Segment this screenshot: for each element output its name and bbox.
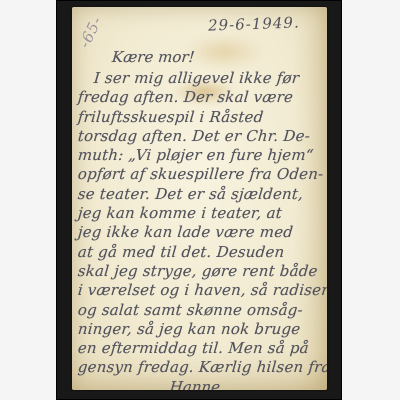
letter-body: Kære mor! I ser mig alligevel ikke førfr… (77, 48, 325, 390)
letter-line: fredag aften. Der skal være (77, 88, 327, 107)
letter-line: at gå med til det. Desuden (77, 243, 327, 262)
pencil-number: -65- (75, 13, 106, 51)
page-background: -65- 29-6-1949. Kære mor! I ser mig alli… (0, 0, 400, 400)
letter-line: jeg kan komme i teater, at (77, 204, 327, 223)
letter-line: gensyn fredag. Kærlig hilsen fra (77, 358, 327, 377)
letter-line: i værelset og i haven, så radiser (77, 281, 327, 300)
letter-line: ninger, så jeg kan nok bruge (77, 320, 327, 339)
letter-line: og salat samt skønne omsåg- (77, 301, 327, 320)
letter-lines: I ser mig alligevel ikke førfredag aften… (77, 69, 325, 378)
letter-salutation: Kære mor! (111, 48, 327, 69)
letter-line: I ser mig alligevel ikke før (93, 69, 327, 88)
letter-line: friluftsskuespil i Råsted (77, 108, 327, 127)
letter-line: skal jeg stryge, gøre rent både (77, 262, 327, 281)
letter-line: opført af skuespillere fra Oden- (77, 165, 327, 184)
signature: Hanne. (169, 378, 327, 390)
letter-photo: -65- 29-6-1949. Kære mor! I ser mig alli… (56, 0, 342, 400)
letter-date: 29-6-1949. (208, 13, 300, 34)
letter-line: se teater. Det er så sjældent, (77, 185, 327, 204)
letter-line: muth: „Vi pløjer en fure hjem“ (77, 146, 327, 165)
letter-line: jeg ikke kan lade være med (77, 223, 327, 242)
letter-line: en eftermiddag til. Men så på (77, 339, 327, 358)
letter-paper: -65- 29-6-1949. Kære mor! I ser mig alli… (72, 7, 327, 390)
letter-line: torsdag aften. Det er Chr. De- (77, 127, 327, 146)
